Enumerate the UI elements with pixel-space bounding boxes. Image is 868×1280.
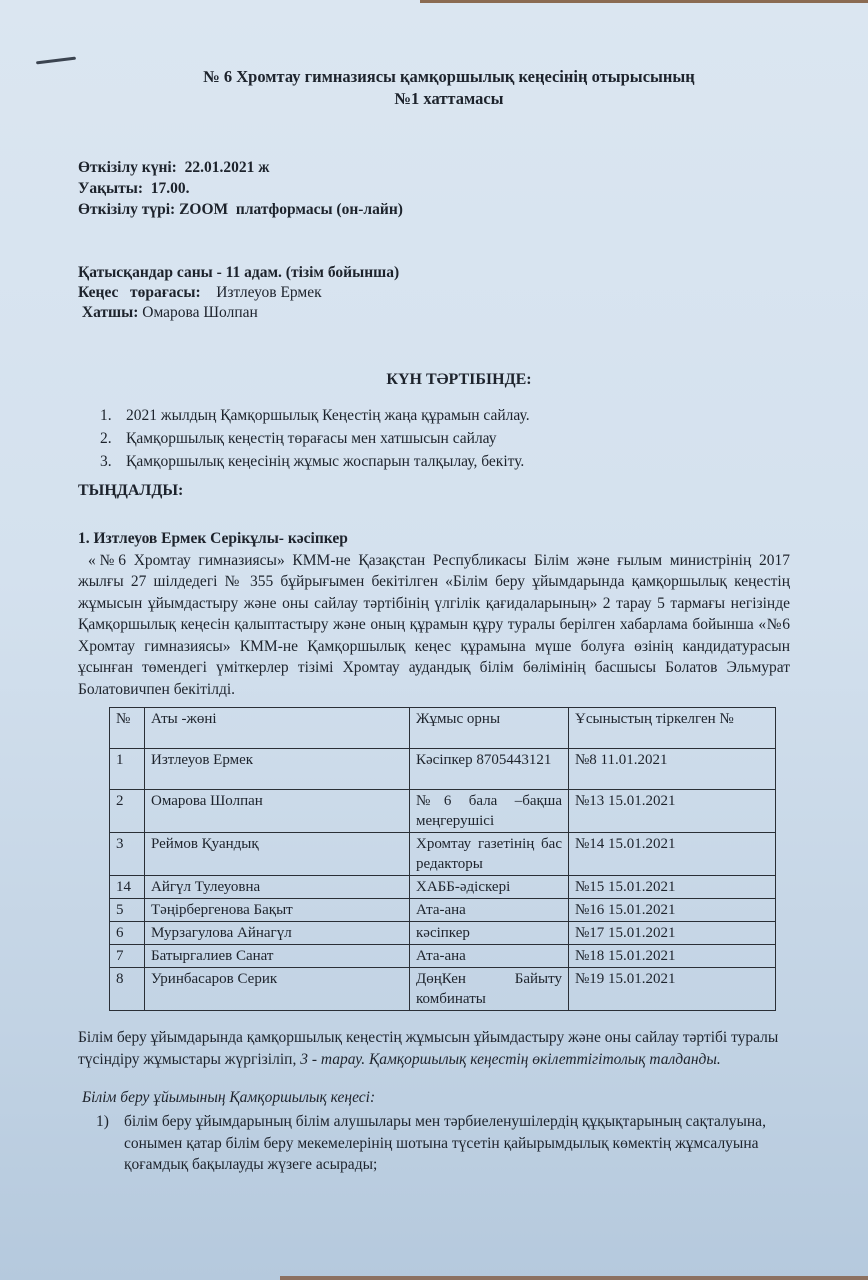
section-paragraph: «№6 Хромтау гимназиясы» КММ-не Қазақстан…: [78, 550, 790, 701]
meeting-date: Өткізілу күні: 22.01.2021 ж: [78, 157, 403, 178]
after-table-paragraph: Білім беру ұйымдарында қамқоршылық кеңес…: [78, 1027, 790, 1070]
table-row: 5 Тәңірбергенова Бақыт Ата-ана №16 15.01…: [110, 899, 776, 922]
agenda-list: 1.2021 жылдың Қамқоршылық Кеңестің жаңа …: [100, 404, 530, 473]
header-name: Аты -жөні: [145, 708, 410, 749]
candidates-table: № Аты -жөні Жұмыс орны Ұсыныстың тіркелг…: [109, 707, 776, 1011]
table-header-row: № Аты -жөні Жұмыс орны Ұсыныстың тіркелг…: [110, 708, 776, 749]
chairman: Кеңес төрағасы: Изтлеуов Ермек: [78, 283, 399, 303]
council-duties-list: 1)білім беру ұйымдарының білім алушылары…: [96, 1111, 796, 1176]
table-row: 2 Омарова Шолпан №6 бала –бақша меңгеруш…: [110, 790, 776, 833]
document-title: № 6 Хромтау гимназиясы қамқоршылық кеңес…: [0, 66, 868, 110]
table-edge-top: [420, 0, 868, 3]
header-number: №: [110, 708, 145, 749]
meeting-type: Өткізілу түрі: ZOOM платформасы (он-лайн…: [78, 199, 403, 220]
table-row: 6 Мурзагулова Айнагүл кәсіпкер №17 15.01…: [110, 922, 776, 945]
speaker-name: 1. Изтлеуов Ермек Серікұлы- кәсіпкер: [78, 528, 790, 550]
agenda-item: 2.Қамқоршылық кеңестің төрағасы мен хатш…: [100, 427, 530, 450]
participants-count: Қатысқандар саны - 11 адам. (тізім бойын…: [78, 263, 399, 283]
secretary: Хатшы: Омарова Шолпан: [78, 303, 399, 323]
title-line-1: № 6 Хромтау гимназиясы қамқоршылық кеңес…: [30, 66, 868, 88]
meeting-meta: Өткізілу күні: 22.01.2021 ж Уақыты: 17.0…: [78, 157, 403, 220]
listened-heading: ТЫҢДАЛДЫ:: [78, 482, 183, 500]
participants-block: Қатысқандар саны - 11 адам. (тізім бойын…: [78, 263, 399, 323]
chapter-reference: 3 - тарау. Қамқоршылық кеңестің өкілетті…: [300, 1051, 721, 1068]
table-row: 7 Батыргалиев Санат Ата-ана №18 15.01.20…: [110, 945, 776, 968]
header-workplace: Жұмыс орны: [410, 708, 569, 749]
pen-mark: [36, 57, 76, 65]
agenda-item: 3.Қамқоршылық кеңесінің жұмыс жоспарын т…: [100, 450, 530, 473]
header-registration: Ұсыныстың тіркелген №: [569, 708, 776, 749]
table-edge-bottom: [280, 1276, 868, 1280]
table-row: 14 Айгүл Тулеуовна ХАББ-әдіскері №15 15.…: [110, 876, 776, 899]
council-heading: Білім беру ұйымының Қамқоршылық кеңесі:: [82, 1089, 375, 1107]
section-1: 1. Изтлеуов Ермек Серікұлы- кәсіпкер «№6…: [78, 528, 790, 700]
table-row: 1 Изтлеуов Ермек Кәсіпкер 8705443121 №8 …: [110, 749, 776, 790]
duty-item: 1)білім беру ұйымдарының білім алушылары…: [96, 1111, 796, 1176]
table-row: 3 Реймов Қуандық Хромтау газетінің бас р…: [110, 833, 776, 876]
title-line-2: №1 хаттамасы: [30, 88, 868, 110]
table-row: 8 Уринбасаров Серик ДөңКен Байыту комбин…: [110, 968, 776, 1011]
meeting-time: Уақыты: 17.00.: [78, 178, 403, 199]
agenda-title: КҮН ТӘРТІБІНДЕ:: [0, 371, 868, 389]
agenda-item: 1.2021 жылдың Қамқоршылық Кеңестің жаңа …: [100, 404, 530, 427]
